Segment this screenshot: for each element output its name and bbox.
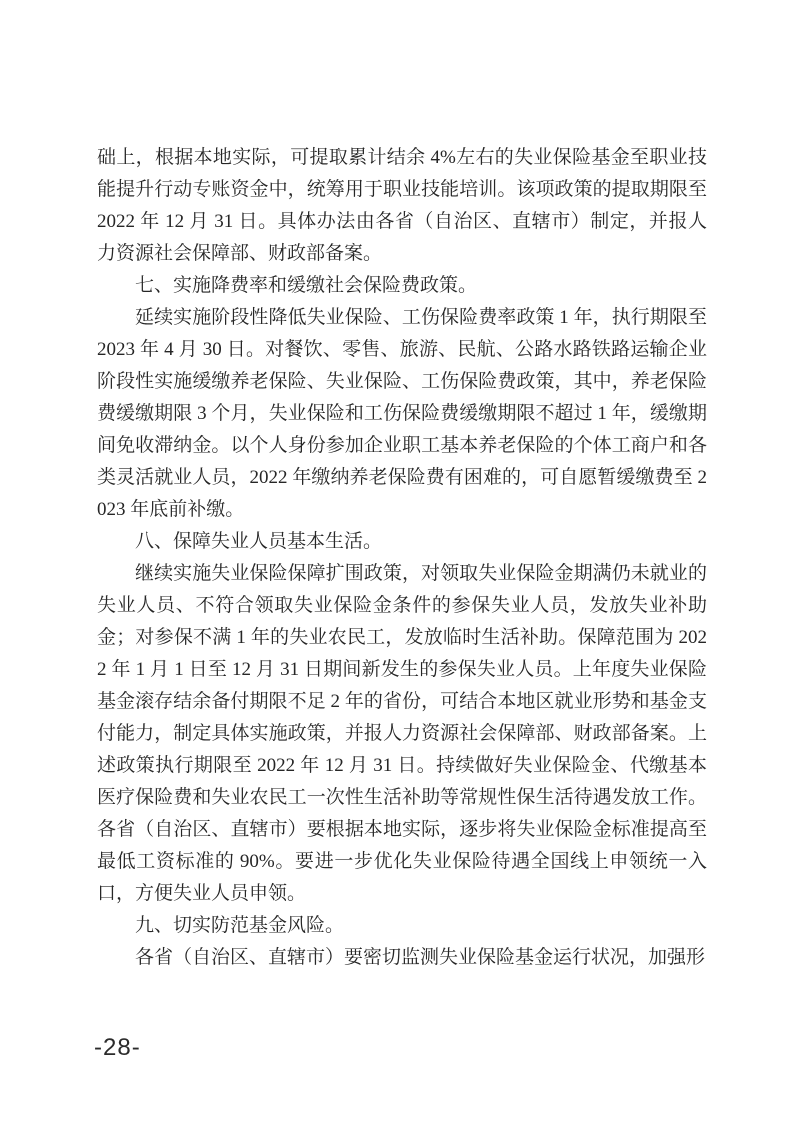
paragraph-section-8-body: 继续实施失业保险保障扩围政策，对领取失业保险金期满仍未就业的失业人员、不符合领取… — [97, 558, 707, 910]
paragraph-section-9-body: 各省（自治区、直辖市）要密切监测失业保险基金运行状况，加强形 — [97, 942, 707, 974]
page-number: -28- — [94, 1034, 141, 1062]
section-heading-9: 九、切实防范基金风险。 — [97, 910, 707, 942]
section-heading-7: 七、实施降费率和缓缴社会保险费政策。 — [97, 270, 707, 302]
document-body: 础上，根据本地实际，可提取累计结余 4%左右的失业保险基金至职业技能提升行动专账… — [97, 142, 707, 974]
paragraph-continuation: 础上，根据本地实际，可提取累计结余 4%左右的失业保险基金至职业技能提升行动专账… — [97, 142, 707, 270]
document-page: 础上，根据本地实际，可提取累计结余 4%左右的失业保险基金至职业技能提升行动专账… — [0, 0, 793, 1122]
section-heading-8: 八、保障失业人员基本生活。 — [97, 526, 707, 558]
paragraph-section-7-body: 延续实施阶段性降低失业保险、工伤保险费率政策 1 年，执行期限至 2023 年 … — [97, 302, 707, 526]
